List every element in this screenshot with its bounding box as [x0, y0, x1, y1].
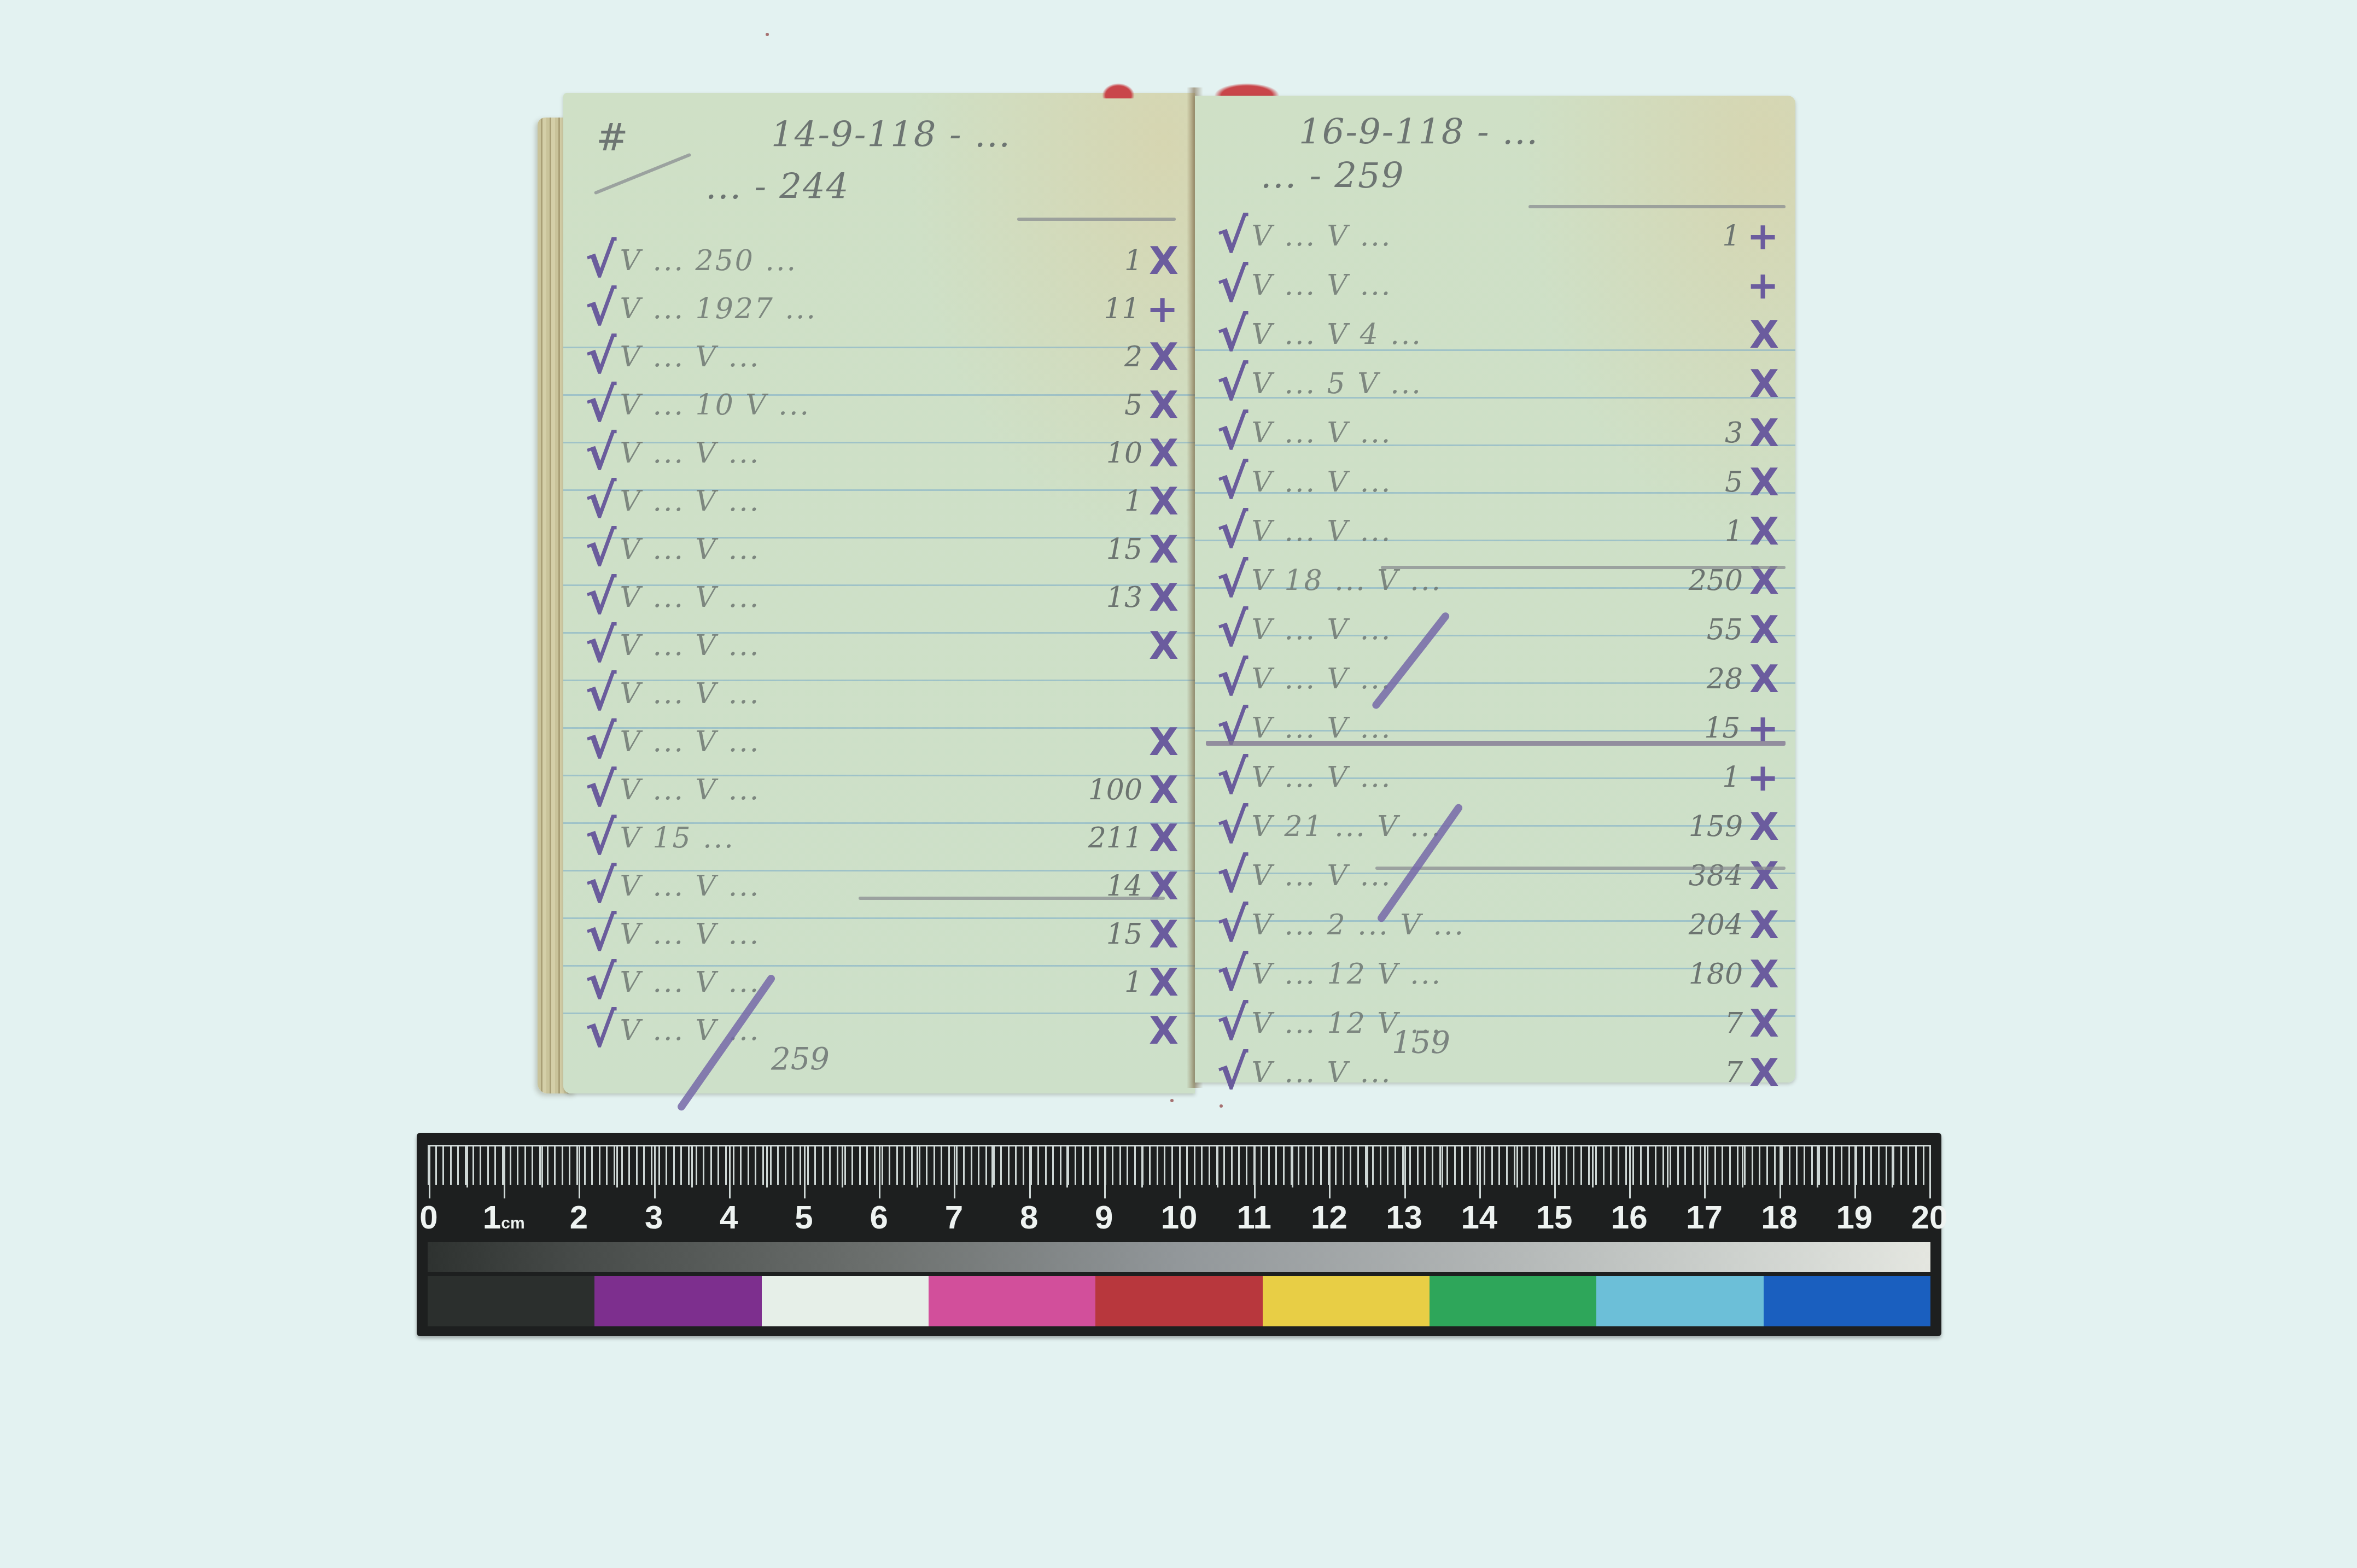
check-mark-icon: √: [1217, 701, 1248, 756]
entry-text: V ... 12 V ...: [1251, 1007, 1717, 1040]
entry-text: V ... 5 V ...: [1251, 367, 1735, 400]
ledger-entry: √V ... V ...100X: [585, 767, 1178, 813]
check-mark-icon: √: [585, 715, 616, 769]
heading-underline: [1017, 218, 1176, 221]
entry-amount: 15: [1704, 712, 1740, 745]
ledger-entry: √V ... V ...55X: [1217, 607, 1779, 653]
entry-text: V ... V ...: [1251, 859, 1681, 892]
check-mark-icon: √: [1217, 406, 1248, 460]
cm-tick: [1854, 1145, 1856, 1198]
ledger-entry: √V ... V ...X: [585, 719, 1178, 765]
cross-mark-icon: X: [1749, 657, 1779, 701]
cross-mark-icon: X: [1749, 1050, 1779, 1095]
entry-amount: 211: [1088, 822, 1142, 855]
ruler-number: 16: [1611, 1198, 1648, 1236]
ledger-entry: √V ... V ...1X: [585, 959, 1178, 1005]
entry-text: V ... 2 ... V ...: [1251, 909, 1681, 941]
cross-mark-icon: X: [1149, 912, 1178, 957]
ruler-number: 19: [1836, 1198, 1872, 1236]
entry-amount: 1: [1725, 515, 1743, 548]
ledger-entry: √V ... V 4 ...X: [1217, 312, 1779, 358]
entry-amount: 5: [1725, 466, 1743, 499]
entry-text: V ... 1927 ...: [620, 292, 1096, 325]
right-heading-total: ... - 259: [1261, 156, 1405, 196]
ruler-number: 13: [1386, 1198, 1422, 1236]
entry-amount: 159: [1689, 810, 1743, 843]
entry-amount: 55: [1707, 613, 1743, 646]
entry-amount: 204: [1689, 909, 1743, 941]
ledger-entry: √V ... 12 V ...7X: [1217, 1001, 1779, 1046]
check-mark-icon: √: [1217, 947, 1248, 1002]
cross-mark-icon: X: [1149, 960, 1178, 1005]
entry-text: V ... V ...: [620, 485, 1117, 518]
half-cm-tick: [1742, 1145, 1743, 1187]
cm-tick: [1554, 1145, 1556, 1198]
entry-text: V ... V ...: [1251, 515, 1717, 548]
entry-text: V ... V ...: [620, 1014, 1135, 1047]
debris-speck: [766, 33, 769, 36]
entry-text: V ... V ...: [620, 966, 1117, 999]
entry-text: V 18 ... V ...: [1251, 564, 1681, 597]
cm-tick: [954, 1145, 955, 1198]
check-mark-icon: √: [1217, 898, 1248, 952]
right-footer-total: 159: [1392, 1025, 1450, 1061]
left-footer-amount: 259: [771, 1042, 830, 1077]
subtotal-underline: [859, 897, 1165, 900]
swatch-red: [1095, 1276, 1262, 1326]
ruler-number: 12: [1311, 1198, 1347, 1236]
cross-mark-icon: X: [1149, 623, 1178, 668]
grey-scale-strip: [428, 1242, 1930, 1272]
debris-speck: [1220, 1104, 1223, 1108]
left-footer-total: 259: [771, 1042, 830, 1077]
cm-tick: [729, 1145, 731, 1198]
ledger-entry: √V ... V ...14X: [585, 863, 1178, 909]
left-page: # 14-9-118 - ... ... - 244 √V ... 250 ..…: [563, 93, 1195, 1093]
cross-mark-icon: X: [1749, 804, 1779, 849]
entry-amount: 1: [1124, 966, 1142, 999]
cross-mark-icon: X: [1749, 903, 1779, 947]
color-calibration-ruler: 01cm234567891011121314151617181920: [417, 1133, 1941, 1336]
half-cm-tick: [1292, 1145, 1293, 1187]
ruler-number: 4: [720, 1198, 738, 1236]
swatch-magenta: [929, 1276, 1095, 1326]
check-mark-icon: √: [585, 618, 616, 673]
check-mark-icon: √: [1217, 652, 1248, 706]
ruler-number: 14: [1461, 1198, 1497, 1236]
entry-text: V ... V 4 ...: [1251, 318, 1735, 351]
plus-mark-icon: +: [1747, 755, 1779, 800]
cm-tick: [1629, 1145, 1631, 1198]
right-footer-amount: 159: [1392, 1025, 1450, 1061]
check-mark-icon: √: [1217, 504, 1248, 559]
half-cm-tick: [466, 1145, 468, 1187]
ledger-entry: √V ... V ...15X: [585, 911, 1178, 957]
plus-mark-icon: +: [1747, 214, 1779, 259]
half-cm-tick: [1667, 1145, 1668, 1187]
swatch-black: [428, 1276, 594, 1326]
ruler-number: 11: [1236, 1198, 1271, 1236]
cross-mark-icon: X: [1749, 607, 1779, 652]
ruler-number: 7: [945, 1198, 963, 1236]
swatch-cyan: [1596, 1276, 1763, 1326]
swatch-green: [1430, 1276, 1596, 1326]
cross-mark-icon: X: [1149, 816, 1178, 861]
half-cm-tick: [1141, 1145, 1143, 1187]
ledger-entry: √V ... V ...1+: [1217, 213, 1779, 259]
ledger-entry: √V ... V ...10X: [585, 430, 1178, 476]
cross-mark-icon: X: [1749, 361, 1779, 406]
ledger-entry: √V ... V ...+: [1217, 262, 1779, 308]
cm-tick: [1329, 1145, 1331, 1198]
ledger-entry: √V ... V ...15X: [585, 526, 1178, 572]
entry-text: V ... V ...: [1251, 1056, 1717, 1089]
check-mark-icon: √: [1217, 356, 1248, 411]
swatch-yellow: [1263, 1276, 1430, 1326]
cm-tick: [1404, 1145, 1406, 1198]
cm-tick: [504, 1145, 505, 1198]
entry-text: V ... V ...: [620, 726, 1135, 758]
cm-tick: [1704, 1145, 1706, 1198]
ruler-number: 17: [1686, 1198, 1723, 1236]
cross-mark-icon: X: [1749, 558, 1779, 603]
ruler-number: 15: [1536, 1198, 1573, 1236]
ledger-entry: √V ... V ...X: [585, 1008, 1178, 1054]
check-mark-icon: √: [1217, 209, 1248, 264]
entry-text: V ... V ...: [1251, 761, 1714, 794]
check-mark-icon: √: [1217, 307, 1248, 362]
ledger-entry: √V ... 250 ...1X: [585, 238, 1178, 284]
entry-amount: 5: [1124, 389, 1142, 422]
half-cm-tick: [917, 1145, 918, 1187]
ledger-entry: √V ... V ...5X: [1217, 459, 1779, 505]
entry-amount: 7: [1725, 1007, 1743, 1040]
half-cm-tick: [1442, 1145, 1443, 1187]
entry-amount: 100: [1088, 774, 1142, 806]
ruler-number: 9: [1095, 1198, 1113, 1236]
ruler-number: 8: [1020, 1198, 1038, 1236]
left-heading-total: ... - 244: [705, 167, 850, 207]
check-mark-icon: √: [1217, 602, 1248, 657]
cross-mark-icon: X: [1149, 1008, 1178, 1053]
check-mark-icon: √: [585, 330, 616, 384]
cm-tick: [1179, 1145, 1181, 1198]
entry-text: V ... V ...: [620, 437, 1098, 470]
right-heading-date: 16-9-118 - ...: [1299, 112, 1539, 153]
check-mark-icon: √: [585, 378, 616, 432]
entry-amount: 250: [1689, 564, 1743, 597]
total-double-rule: [1206, 741, 1786, 746]
entry-amount: 1: [1722, 761, 1740, 794]
entry-text: V ... 10 V ...: [620, 389, 1117, 422]
unit-label: cm: [501, 1214, 524, 1232]
ruler-number: 10: [1161, 1198, 1198, 1236]
cross-mark-icon: X: [1149, 719, 1178, 764]
ruler-number: 5: [795, 1198, 813, 1236]
ledger-entry: √V ... 10 V ...5X: [585, 382, 1178, 428]
ruler-number: 1cm: [483, 1198, 525, 1236]
entry-text: V ... V ...: [1251, 613, 1699, 646]
entry-amount: 7: [1725, 1056, 1743, 1089]
open-notebook: # 14-9-118 - ... ... - 244 √V ... 250 ..…: [533, 87, 1802, 1099]
subtotal-underline: [1381, 566, 1786, 569]
cm-tick: [429, 1145, 430, 1198]
entry-text: V ... 250 ...: [620, 244, 1117, 277]
left-heading-date: 14-9-118 - ...: [771, 115, 1011, 155]
half-cm-tick: [1066, 1145, 1068, 1187]
cross-mark-icon: X: [1749, 1001, 1779, 1046]
half-cm-tick: [991, 1145, 993, 1187]
ledger-entry: √V ... 2 ... V ...204X: [1217, 902, 1779, 948]
cross-mark-icon: X: [1149, 864, 1178, 909]
cross-mark-icon: X: [1149, 527, 1178, 572]
color-swatch-strip: [428, 1276, 1930, 1326]
entry-amount: 2: [1124, 341, 1142, 373]
ledger-entry: √V ... 5 V ...X: [1217, 361, 1779, 407]
entry-amount: 13: [1106, 581, 1142, 614]
check-mark-icon: √: [585, 763, 616, 817]
check-mark-icon: √: [585, 522, 616, 577]
cm-tick: [579, 1145, 580, 1198]
half-cm-tick: [616, 1145, 618, 1187]
entry-amount: 1: [1124, 244, 1142, 277]
swatch-purple: [594, 1276, 761, 1326]
check-mark-icon: √: [585, 233, 616, 288]
cross-mark-icon: X: [1749, 312, 1779, 357]
heading-underline: [1528, 205, 1786, 208]
check-mark-icon: √: [585, 907, 616, 962]
half-cm-tick: [541, 1145, 543, 1187]
entry-text: V ... V ...: [620, 629, 1135, 662]
entry-text: V 21 ... V ...: [1251, 810, 1681, 843]
ledger-entry: √V 21 ... V ...159X: [1217, 804, 1779, 850]
entry-text: V ... V ...: [620, 533, 1098, 566]
cross-mark-icon: X: [1749, 853, 1779, 898]
cm-tick: [1479, 1145, 1481, 1198]
ledger-entry: √V ... V ...3X: [1217, 410, 1779, 456]
check-mark-icon: √: [585, 426, 616, 481]
ledger-entry: √V ... V ...384X: [1217, 853, 1779, 899]
cm-tick: [1929, 1145, 1931, 1198]
check-mark-icon: √: [1217, 455, 1248, 510]
ledger-entry: √V ... V ...2X: [585, 334, 1178, 380]
ledger-entry: √V 18 ... V ...250X: [1217, 558, 1779, 604]
cm-tick: [654, 1145, 656, 1198]
cm-tick: [1104, 1145, 1106, 1198]
cross-mark-icon: X: [1749, 411, 1779, 455]
entry-text: V ... V ...: [1251, 663, 1699, 695]
cross-mark-icon: X: [1749, 952, 1779, 997]
entry-text: V ... V ...: [1251, 269, 1732, 302]
check-mark-icon: √: [1217, 1045, 1248, 1100]
check-mark-icon: √: [585, 811, 616, 865]
cross-mark-icon: X: [1749, 460, 1779, 505]
entry-text: V ... 12 V ...: [1251, 958, 1681, 991]
check-mark-icon: √: [1217, 750, 1248, 805]
entry-text: V ... V ...: [620, 918, 1098, 951]
entry-text: V ... V ...: [1251, 417, 1717, 449]
cm-tick: [879, 1145, 880, 1198]
check-mark-icon: √: [1217, 849, 1248, 903]
cross-mark-icon: X: [1749, 509, 1779, 554]
ledger-entry: √V ... V ...28X: [1217, 656, 1779, 702]
half-cm-tick: [1817, 1145, 1818, 1187]
half-cm-tick: [1592, 1145, 1594, 1187]
check-mark-icon: √: [1217, 799, 1248, 854]
entry-amount: 10: [1106, 437, 1142, 470]
entry-text: V ... V ...: [620, 581, 1098, 614]
check-mark-icon: √: [585, 955, 616, 1010]
ledger-entry: √V ... 12 V ...180X: [1217, 951, 1779, 997]
check-mark-icon: √: [585, 282, 616, 336]
cross-mark-icon: X: [1149, 238, 1178, 283]
cm-tick: [1780, 1145, 1781, 1198]
debris-speck: [1170, 1099, 1174, 1102]
entry-amount: 11: [1104, 292, 1140, 325]
ruler-number: 18: [1761, 1198, 1798, 1236]
half-cm-tick: [1516, 1145, 1518, 1187]
entry-amount: 15: [1106, 918, 1142, 951]
entry-amount: 180: [1689, 958, 1743, 991]
ledger-entry: √V ... V ...1+: [1217, 754, 1779, 800]
entry-text: V ... V ...: [620, 774, 1080, 806]
plus-mark-icon: +: [1747, 263, 1779, 308]
half-cm-tick: [1892, 1145, 1893, 1187]
check-mark-icon: √: [1217, 996, 1248, 1051]
cross-mark-icon: X: [1149, 335, 1178, 379]
cm-tick: [1029, 1145, 1031, 1198]
cm-tick: [1254, 1145, 1256, 1198]
ledger-entry: √V ... V ...13X: [585, 575, 1178, 621]
entry-amount: 1: [1124, 485, 1142, 518]
ledger-entry: √V ... V ...7X: [1217, 1050, 1779, 1096]
corner-note: #: [596, 115, 629, 160]
ruler-number: 20: [1911, 1198, 1948, 1236]
entry-amount: 384: [1689, 859, 1743, 892]
cross-mark-icon: X: [1149, 383, 1178, 428]
right-page: 16-9-118 - ... ... - 259 √V ... V ...1+√…: [1195, 96, 1795, 1083]
half-cm-tick: [1367, 1145, 1368, 1187]
cross-mark-icon: X: [1149, 575, 1178, 620]
check-mark-icon: √: [1217, 553, 1248, 608]
half-cm-tick: [842, 1145, 843, 1187]
entry-text: V ... V ...: [620, 677, 1164, 710]
entry-amount: 28: [1707, 663, 1743, 695]
footer-underline: [1375, 867, 1786, 870]
check-mark-icon: √: [585, 474, 616, 529]
ledger-entry: √V ... V ...: [585, 671, 1178, 717]
photo-stage: # 14-9-118 - ... ... - 244 √V ... 250 ..…: [0, 0, 2357, 1568]
check-mark-icon: √: [585, 570, 616, 625]
entry-text: V ... V ...: [1251, 712, 1696, 745]
entry-text: V 15 ...: [620, 822, 1080, 855]
check-mark-icon: √: [585, 1003, 616, 1058]
entry-text: V ... V ...: [1251, 220, 1714, 253]
ruler-number: 2: [570, 1198, 588, 1236]
entry-amount: 15: [1106, 533, 1142, 566]
cross-mark-icon: X: [1149, 431, 1178, 476]
half-cm-tick: [1217, 1145, 1218, 1187]
entry-amount: 3: [1725, 417, 1743, 449]
swatch-white: [762, 1276, 929, 1326]
ruler-number: 6: [870, 1198, 888, 1236]
half-cm-tick: [691, 1145, 693, 1187]
entry-amount: 1: [1722, 220, 1740, 253]
half-cm-tick: [766, 1145, 768, 1187]
entry-text: V ... V ...: [1251, 466, 1717, 499]
ledger-entry: √V ... 1927 ...11+: [585, 286, 1178, 332]
ruler-number: 3: [645, 1198, 663, 1236]
cross-mark-icon: X: [1149, 768, 1178, 812]
check-mark-icon: √: [585, 666, 616, 721]
ledger-entry: √V 15 ...211X: [585, 815, 1178, 861]
ruler-number: 0: [419, 1198, 437, 1236]
cm-tick: [804, 1145, 806, 1198]
check-mark-icon: √: [585, 859, 616, 914]
check-mark-icon: √: [1217, 258, 1248, 313]
cross-mark-icon: X: [1149, 479, 1178, 524]
ledger-entry: √V ... V ...1X: [1217, 508, 1779, 554]
plus-mark-icon: +: [1146, 286, 1178, 331]
ledger-entry: √V ... V ...1X: [585, 478, 1178, 524]
swatch-blue: [1764, 1276, 1930, 1326]
ledger-entry: √V ... V ...X: [585, 623, 1178, 669]
bookmark-thread: [1102, 83, 1135, 98]
entry-text: V ... V ...: [620, 341, 1117, 373]
